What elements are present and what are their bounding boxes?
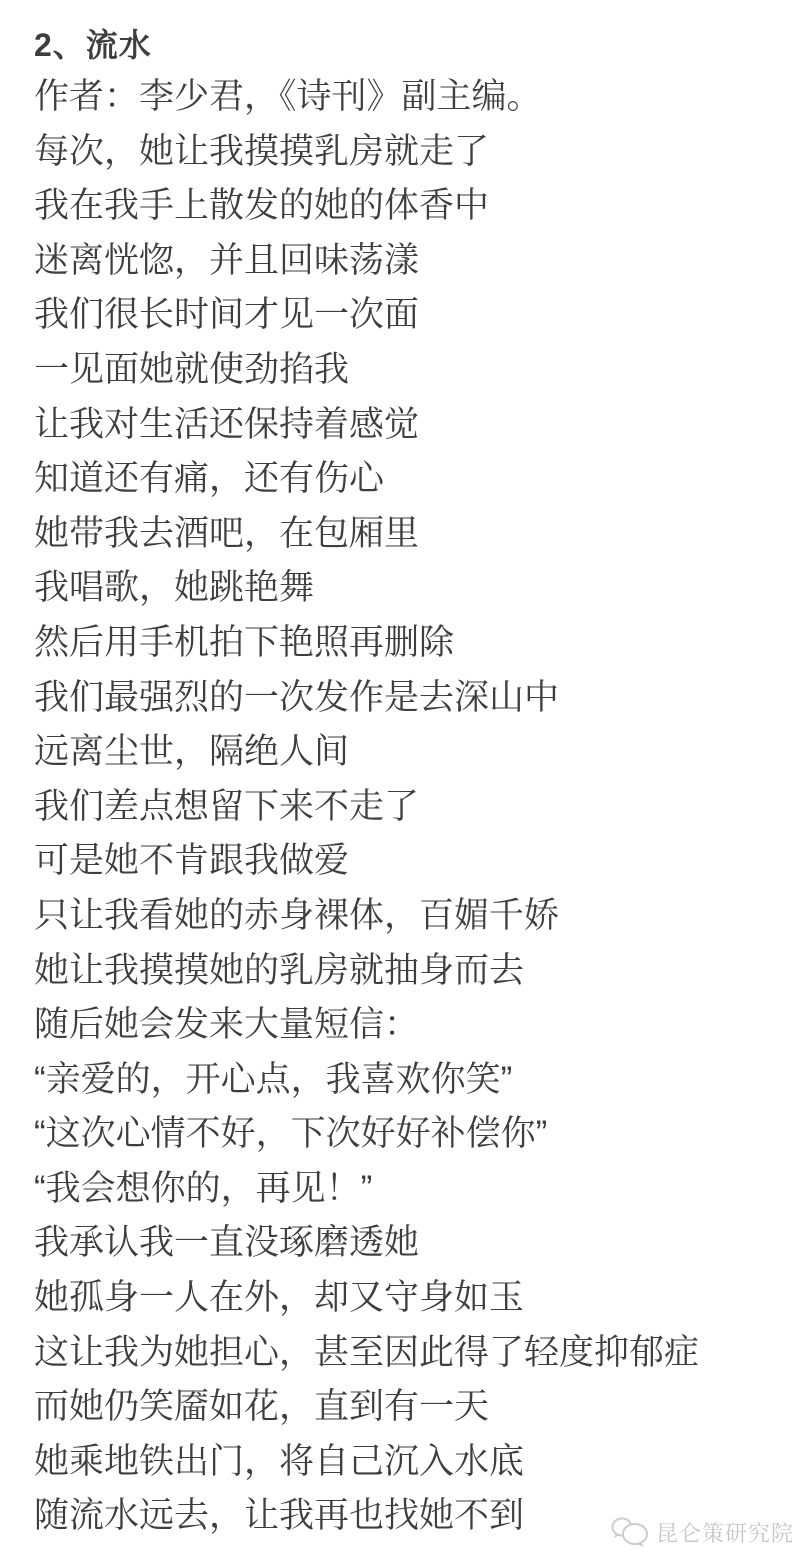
poem-line: 她乘地铁出门，将自己沉入水底 (34, 1435, 800, 1490)
poem-title: 2、流水 (34, 26, 800, 64)
poem-line: 我们很长时间才见一次面 (34, 288, 800, 343)
poem-line: 我们最强烈的一次发作是去深山中 (34, 671, 800, 726)
poem-line: “亲爱的，开心点，我喜欢你笑” (34, 1053, 800, 1108)
poem-line: 这让我为她担心，甚至因此得了轻度抑郁症 (34, 1326, 800, 1381)
article-body: 2、流水 作者：李少君，《诗刊》副主编。 每次，她让我摸摸乳房就走了我在我手上散… (34, 26, 800, 1544)
poem-line: 迷离恍惚，并且回味荡漾 (34, 234, 800, 289)
poem-line: 让我对生活还保持着感觉 (34, 398, 800, 453)
poem-line: 我承认我一直没琢磨透她 (34, 1216, 800, 1271)
poem-line: “这次心情不好，下次好好补偿你” (34, 1107, 800, 1162)
poem-line: 我在我手上散发的她的体香中 (34, 179, 800, 234)
poem-line: “我会想你的，再见！” (34, 1162, 800, 1217)
poem-line: 然后用手机拍下艳照再删除 (34, 616, 800, 671)
poem-line: 她带我去酒吧，在包厢里 (34, 507, 800, 562)
poem-lines: 每次，她让我摸摸乳房就走了我在我手上散发的她的体香中迷离恍惚，并且回味荡漾我们很… (34, 125, 800, 1544)
poem-line: 可是她不肯跟我做爱 (34, 834, 800, 889)
watermark: 昆仑策研究院 (611, 1516, 794, 1548)
watermark-text: 昆仑策研究院 (656, 1517, 794, 1548)
poem-line: 而她仍笑靥如花，直到有一天 (34, 1380, 800, 1435)
poem-line: 随后她会发来大量短信： (34, 998, 800, 1053)
poem-line: 她孤身一人在外，却又守身如玉 (34, 1271, 800, 1326)
poem-line: 只让我看她的赤身裸体，百媚千娇 (34, 889, 800, 944)
poem-text: 作者：李少君，《诗刊》副主编。 每次，她让我摸摸乳房就走了我在我手上散发的她的体… (34, 70, 800, 1544)
speech-bubbles-logo-icon (611, 1516, 651, 1548)
poem-line: 远离尘世，隔绝人间 (34, 725, 800, 780)
poem-line: 我们差点想留下来不走了 (34, 780, 800, 835)
poem-line: 知道还有痛，还有伤心 (34, 452, 800, 507)
poem-line: 她让我摸摸她的乳房就抽身而去 (34, 944, 800, 999)
poem-line: 一见面她就使劲掐我 (34, 343, 800, 398)
poem-line: 每次，她让我摸摸乳房就走了 (34, 125, 800, 180)
poem-line: 我唱歌，她跳艳舞 (34, 561, 800, 616)
byline: 作者：李少君，《诗刊》副主编。 (34, 70, 800, 125)
